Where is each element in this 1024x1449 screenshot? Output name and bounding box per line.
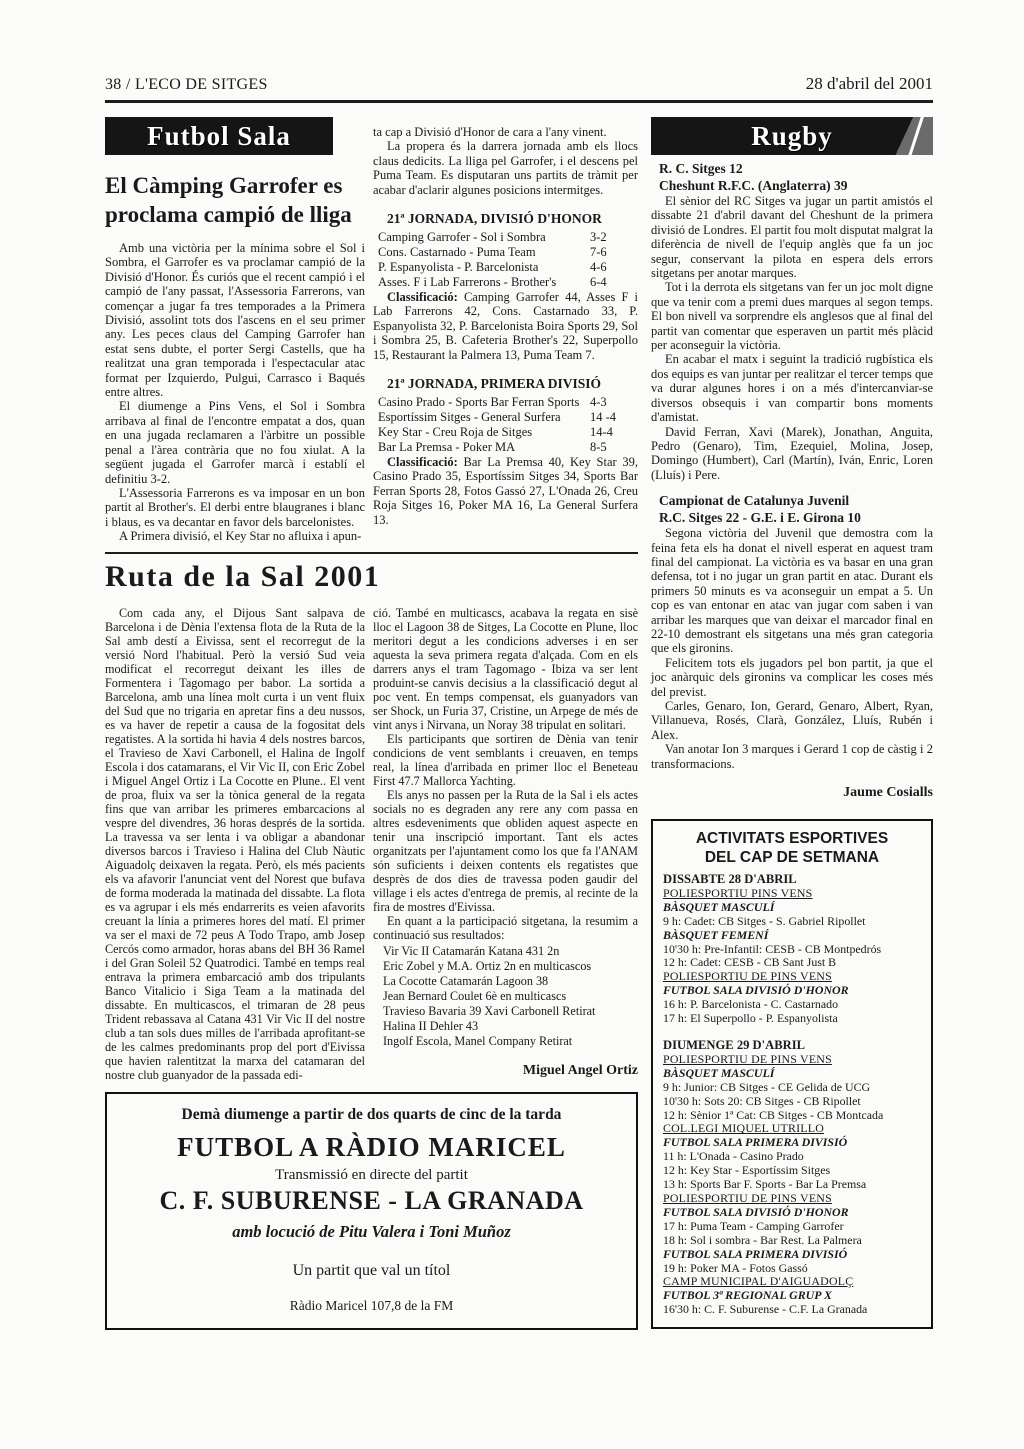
ruta-result-line: Jean Bernard Coulet 6è en multicascs [373,989,638,1004]
ruta-signature: Miguel Angel Ortiz [373,1063,638,1079]
issue-date: 28 d'abril del 2001 [806,74,933,94]
ruta-de-la-sal-section: Ruta de la Sal 2001 Com cada any, el Dij… [105,552,638,1082]
juvenil-title: Campionat de Catalunya Juvenil [651,492,933,509]
article-paragraph: ta cap a Divisió d'Honor de cara a l'any… [373,125,638,139]
ruta-result-line: Eric Zobel y M.A. Ortiz 2n en multicasco… [373,959,638,974]
article-paragraph: En acabar el matx i seguint la tradició … [651,352,933,424]
futbol-sala-column-2: ta cap a Divisió d'Honor de cara a l'any… [373,117,638,544]
match-teams: Casino Prado - Sports Bar Ferran Sports [378,395,590,410]
classificacio-paragraph: Classificació: Camping Garrofer 44, Asse… [373,290,638,362]
ad-title: FUTBOL A RÀDIO MARICEL [121,1132,622,1163]
ruta-result-line: Travieso Bavaria 39 Xavi Carbonell Retir… [373,1004,638,1019]
activities-list: DISSABTE 28 D'ABRILPOLIESPORTIU PINS VEN… [663,873,921,1317]
activity-line: 16 h: P. Barcelonista - C. Castarnado [663,998,921,1012]
rugby-banner: Rugby [651,117,933,155]
match-teams: P. Espanyolista - P. Barcelonista [378,260,590,275]
article-paragraph: Els participants que sortiren de Dènia v… [373,732,638,788]
rugby-banner-label: Rugby [751,121,833,151]
article-paragraph: Tot i la derrota els sitgetans van fer u… [651,280,933,352]
masthead: 38 / L'ECO DE SITGES 28 d'abril del 2001 [105,74,933,103]
article-paragraph: El sènior del RC Sitges va jugar un part… [651,194,933,280]
jornada-divisio-honor: 21ª JORNADA, DIVISIÓ D'HONOR Camping Gar… [373,211,638,362]
activity-line: 12 h: Key Star - Esportíssim Sitges [663,1164,921,1178]
article-paragraph: Carles, Genaro, Ion, Gerard, Genaro, Alb… [651,699,933,742]
match-teams: Cons. Castarnado - Puma Team [378,245,590,260]
ad-subtitle: Transmissió en directe del partit [121,1167,622,1184]
article-paragraph: La propera és la darrera jornada amb els… [373,139,638,197]
activity-line: POLIESPORTIU PINS VENS [663,887,921,901]
banner-slash-decoration [893,117,933,155]
match-teams: Bar La Premsa - Poker MA [378,440,590,455]
match-teams: Key Star - Creu Roja de Sitges [378,425,590,440]
activity-line: POLIESPORTIU DE PINS VENS [663,1053,921,1067]
activity-line: 17 h: Puma Team - Camping Garrofer [663,1220,921,1234]
result-row: Asses. F i Lab Farrerons - Brother's 6-4 [373,275,638,290]
match-score: 4-3 [590,395,638,410]
juvenil-score: R.C. Sitges 22 - G.E. i E. Girona 10 [651,509,933,526]
article-paragraph: Com cada any, el Dijous Sant salpava de … [105,606,365,1082]
activities-title: ACTIVITATS ESPORTIVES DEL CAP DE SETMANA [663,829,921,867]
article-paragraph: El diumenge a Pins Vens, el Sol i Sombra… [105,399,365,485]
futbol-sala-headline: El Càmping Garrofer es proclama campió d… [105,171,365,229]
ruta-result-line: Ingolf Escola, Manel Company Retirat [373,1034,638,1049]
activity-line: BÀSQUET FEMENÍ [663,929,921,943]
activity-line: 9 h: Cadet: CB Sitges - S. Gabriel Ripol… [663,915,921,929]
activity-line: 11 h: L'Onada - Casino Prado [663,1150,921,1164]
ruta-headline: Ruta de la Sal 2001 [105,560,638,594]
ruta-result-line: La Cocotte Catamarán Lagoon 38 [373,974,638,989]
ad-tagline: Un partit que val un títol [121,1262,622,1280]
activity-line: 19 h: Poker MA - Fotos Gassó [663,1262,921,1276]
futbol-sala-banner: Futbol Sala [105,117,333,155]
match-teams: Camping Garrofer - Sol i Sombra [378,230,590,245]
match-score: 8-5 [590,440,638,455]
jornada-results: Casino Prado - Sports Bar Ferran Sports … [373,395,638,455]
futbol-sala-body-col2: ta cap a Divisió d'Honor de cara a l'any… [373,125,638,197]
rugby-score-away: Cheshunt R.F.C. (Anglaterra) 39 [651,177,933,194]
activity-line: COL.LEGI MIQUEL UTRILLO [663,1122,921,1136]
ad-match: C. F. SUBURENSE - LA GRANADA [121,1186,622,1216]
match-score: 3-2 [590,230,638,245]
activity-line: FUTBOL SALA DIVISIÓ D'HONOR [663,1206,921,1220]
match-teams: Asses. F i Lab Farrerons - Brother's [378,275,590,290]
ruta-column-1: Com cada any, el Dijous Sant salpava de … [105,606,365,1082]
activity-line: 9 h: Junior: CB Sitges - CE Gelida de UC… [663,1081,921,1095]
futbol-sala-section: Futbol Sala El Càmping Garrofer es procl… [105,117,638,544]
ad-kicker: Demà diumenge a partir de dos quarts de … [121,1106,622,1124]
result-row: Bar La Premsa - Poker MA 8-5 [373,440,638,455]
classificacio-label: Classificació: [387,455,458,469]
activity-line: POLIESPORTIU DE PINS VENS [663,970,921,984]
radio-maricel-ad: Demà diumenge a partir de dos quarts de … [105,1092,638,1330]
activity-line: BÀSQUET MASCULÍ [663,901,921,915]
match-score: 14-4 [590,425,638,440]
activity-line: 12 h: Sènior 1ª Cat: CB Sitges - CB Mont… [663,1109,921,1123]
activity-line: BÀSQUET MASCULÍ [663,1067,921,1081]
classificacio-label: Classificació: [387,290,458,304]
futbol-sala-body-col1: Amb una victòria per la mínima sobre el … [105,241,365,544]
rugby-article: R. C. Sitges 12 Cheshunt R.F.C. (Anglate… [651,160,933,801]
newspaper-page: 38 / L'ECO DE SITGES 28 d'abril del 2001… [105,74,933,1330]
activity-line: FUTBOL SALA DIVISIÓ D'HONOR [663,984,921,998]
classificacio-paragraph: Classificació: Bar La Premsa 40, Key Sta… [373,455,638,527]
ruta-result-line: Halina II Dehler 43 [373,1019,638,1034]
activity-line: 13 h: Sports Bar F. Sports - Bar La Prem… [663,1178,921,1192]
activity-line: POLIESPORTIU DE PINS VENS [663,1192,921,1206]
match-teams: Esportíssim Sitges - General Surfera [378,410,590,425]
activity-line: DISSABTE 28 D'ABRIL [663,873,921,887]
activities-title-line2: DEL CAP DE SETMANA [663,848,921,867]
match-score: 6-4 [590,275,638,290]
jornada-title: 21ª JORNADA, PRIMERA DIVISIÓ [373,376,638,392]
activity-line: 10'30 h: Sots 20: CB Sitges - CB Ripolle… [663,1095,921,1109]
article-paragraph: Els anys no passen per la Ruta de la Sal… [373,788,638,914]
ad-announcers: amb locució de Pitu Valera i Toni Muñoz [121,1222,622,1242]
rugby-score-home: R. C. Sitges 12 [651,160,933,177]
article-paragraph: Amb una victòria per la mínima sobre el … [105,241,365,399]
match-score: 7-6 [590,245,638,260]
activity-line: 17 h: El Superpollo - P. Espanyolista [663,1012,921,1026]
article-paragraph: David Ferran, Xavi (Marek), Jonathan, An… [651,425,933,483]
activities-title-line1: ACTIVITATS ESPORTIVES [663,829,921,848]
article-paragraph: A Primera divisió, el Key Star no afluix… [105,529,365,543]
activity-line: FUTBOL SALA PRIMERA DIVISIÓ [663,1136,921,1150]
article-paragraph: En quant a la participació sitgetana, la… [373,914,638,942]
article-paragraph: Felicitem tots els jugadors pel bon part… [651,656,933,699]
activity-line: 10'30 h: Pre-Infantil: CESB - CB Montped… [663,943,921,957]
result-row: Esportíssim Sitges - General Surfera 14 … [373,410,638,425]
rugby-juvenil-section: Campionat de Catalunya Juvenil R.C. Sitg… [651,492,933,771]
left-area: Futbol Sala El Càmping Garrofer es procl… [105,117,638,1330]
match-score: 14 -4 [590,410,638,425]
activities-box: ACTIVITATS ESPORTIVES DEL CAP DE SETMANA… [651,819,933,1329]
futbol-sala-column-1: Futbol Sala El Càmping Garrofer es procl… [105,117,365,544]
article-paragraph: Van anotar Ion 3 marques i Gerard 1 cop … [651,742,933,771]
article-paragraph: Segona victòria del Juvenil que demostra… [651,526,933,656]
result-row: P. Espanyolista - P. Barcelonista 4-6 [373,260,638,275]
jornada-primera-divisio: 21ª JORNADA, PRIMERA DIVISIÓ Casino Prad… [373,376,638,527]
rugby-signature: Jaume Cosialls [651,785,933,801]
ruta-column-2: ció. També en multicascs, acabava la reg… [373,606,638,1082]
activity-line: 16'30 h: C. F. Suburense - C.F. La Grana… [663,1303,921,1317]
right-area: Rugby R. C. Sitges 12 Cheshunt R.F.C. (A… [651,117,933,1330]
activity-line: DIUMENGE 29 D'ABRIL [663,1039,921,1053]
ad-frequency: Ràdio Maricel 107,8 de la FM [121,1298,622,1314]
match-score: 4-6 [590,260,638,275]
article-paragraph: L'Assessoria Farrerons es va imposar en … [105,486,365,529]
result-row: Key Star - Creu Roja de Sitges 14-4 [373,425,638,440]
activity-line: CAMP MUNICIPAL D'AIGUADOLÇ [663,1275,921,1289]
activity-line: FUTBOL SALA PRIMERA DIVISIÓ [663,1248,921,1262]
result-row: Casino Prado - Sports Bar Ferran Sports … [373,395,638,410]
page-number-title: 38 / L'ECO DE SITGES [105,76,268,94]
activity-line: FUTBOL 3ª REGIONAL GRUP X [663,1289,921,1303]
result-row: Camping Garrofer - Sol i Sombra 3-2 [373,230,638,245]
ruta-results-list: Vir Vic II Catamarán Katana 431 2nEric Z… [373,944,638,1049]
jornada-title: 21ª JORNADA, DIVISIÓ D'HONOR [373,211,638,227]
result-row: Cons. Castarnado - Puma Team 7-6 [373,245,638,260]
jornada-results: Camping Garrofer - Sol i Sombra 3-2 Cons… [373,230,638,290]
activity-line: 18 h: Sol i sombra - Bar Rest. La Palmer… [663,1234,921,1248]
article-paragraph: ció. També en multicascs, acabava la reg… [373,606,638,732]
activity-line: 12 h: Cadet: CESB - CB Sant Just B [663,956,921,970]
ruta-result-line: Vir Vic II Catamarán Katana 431 2n [373,944,638,959]
